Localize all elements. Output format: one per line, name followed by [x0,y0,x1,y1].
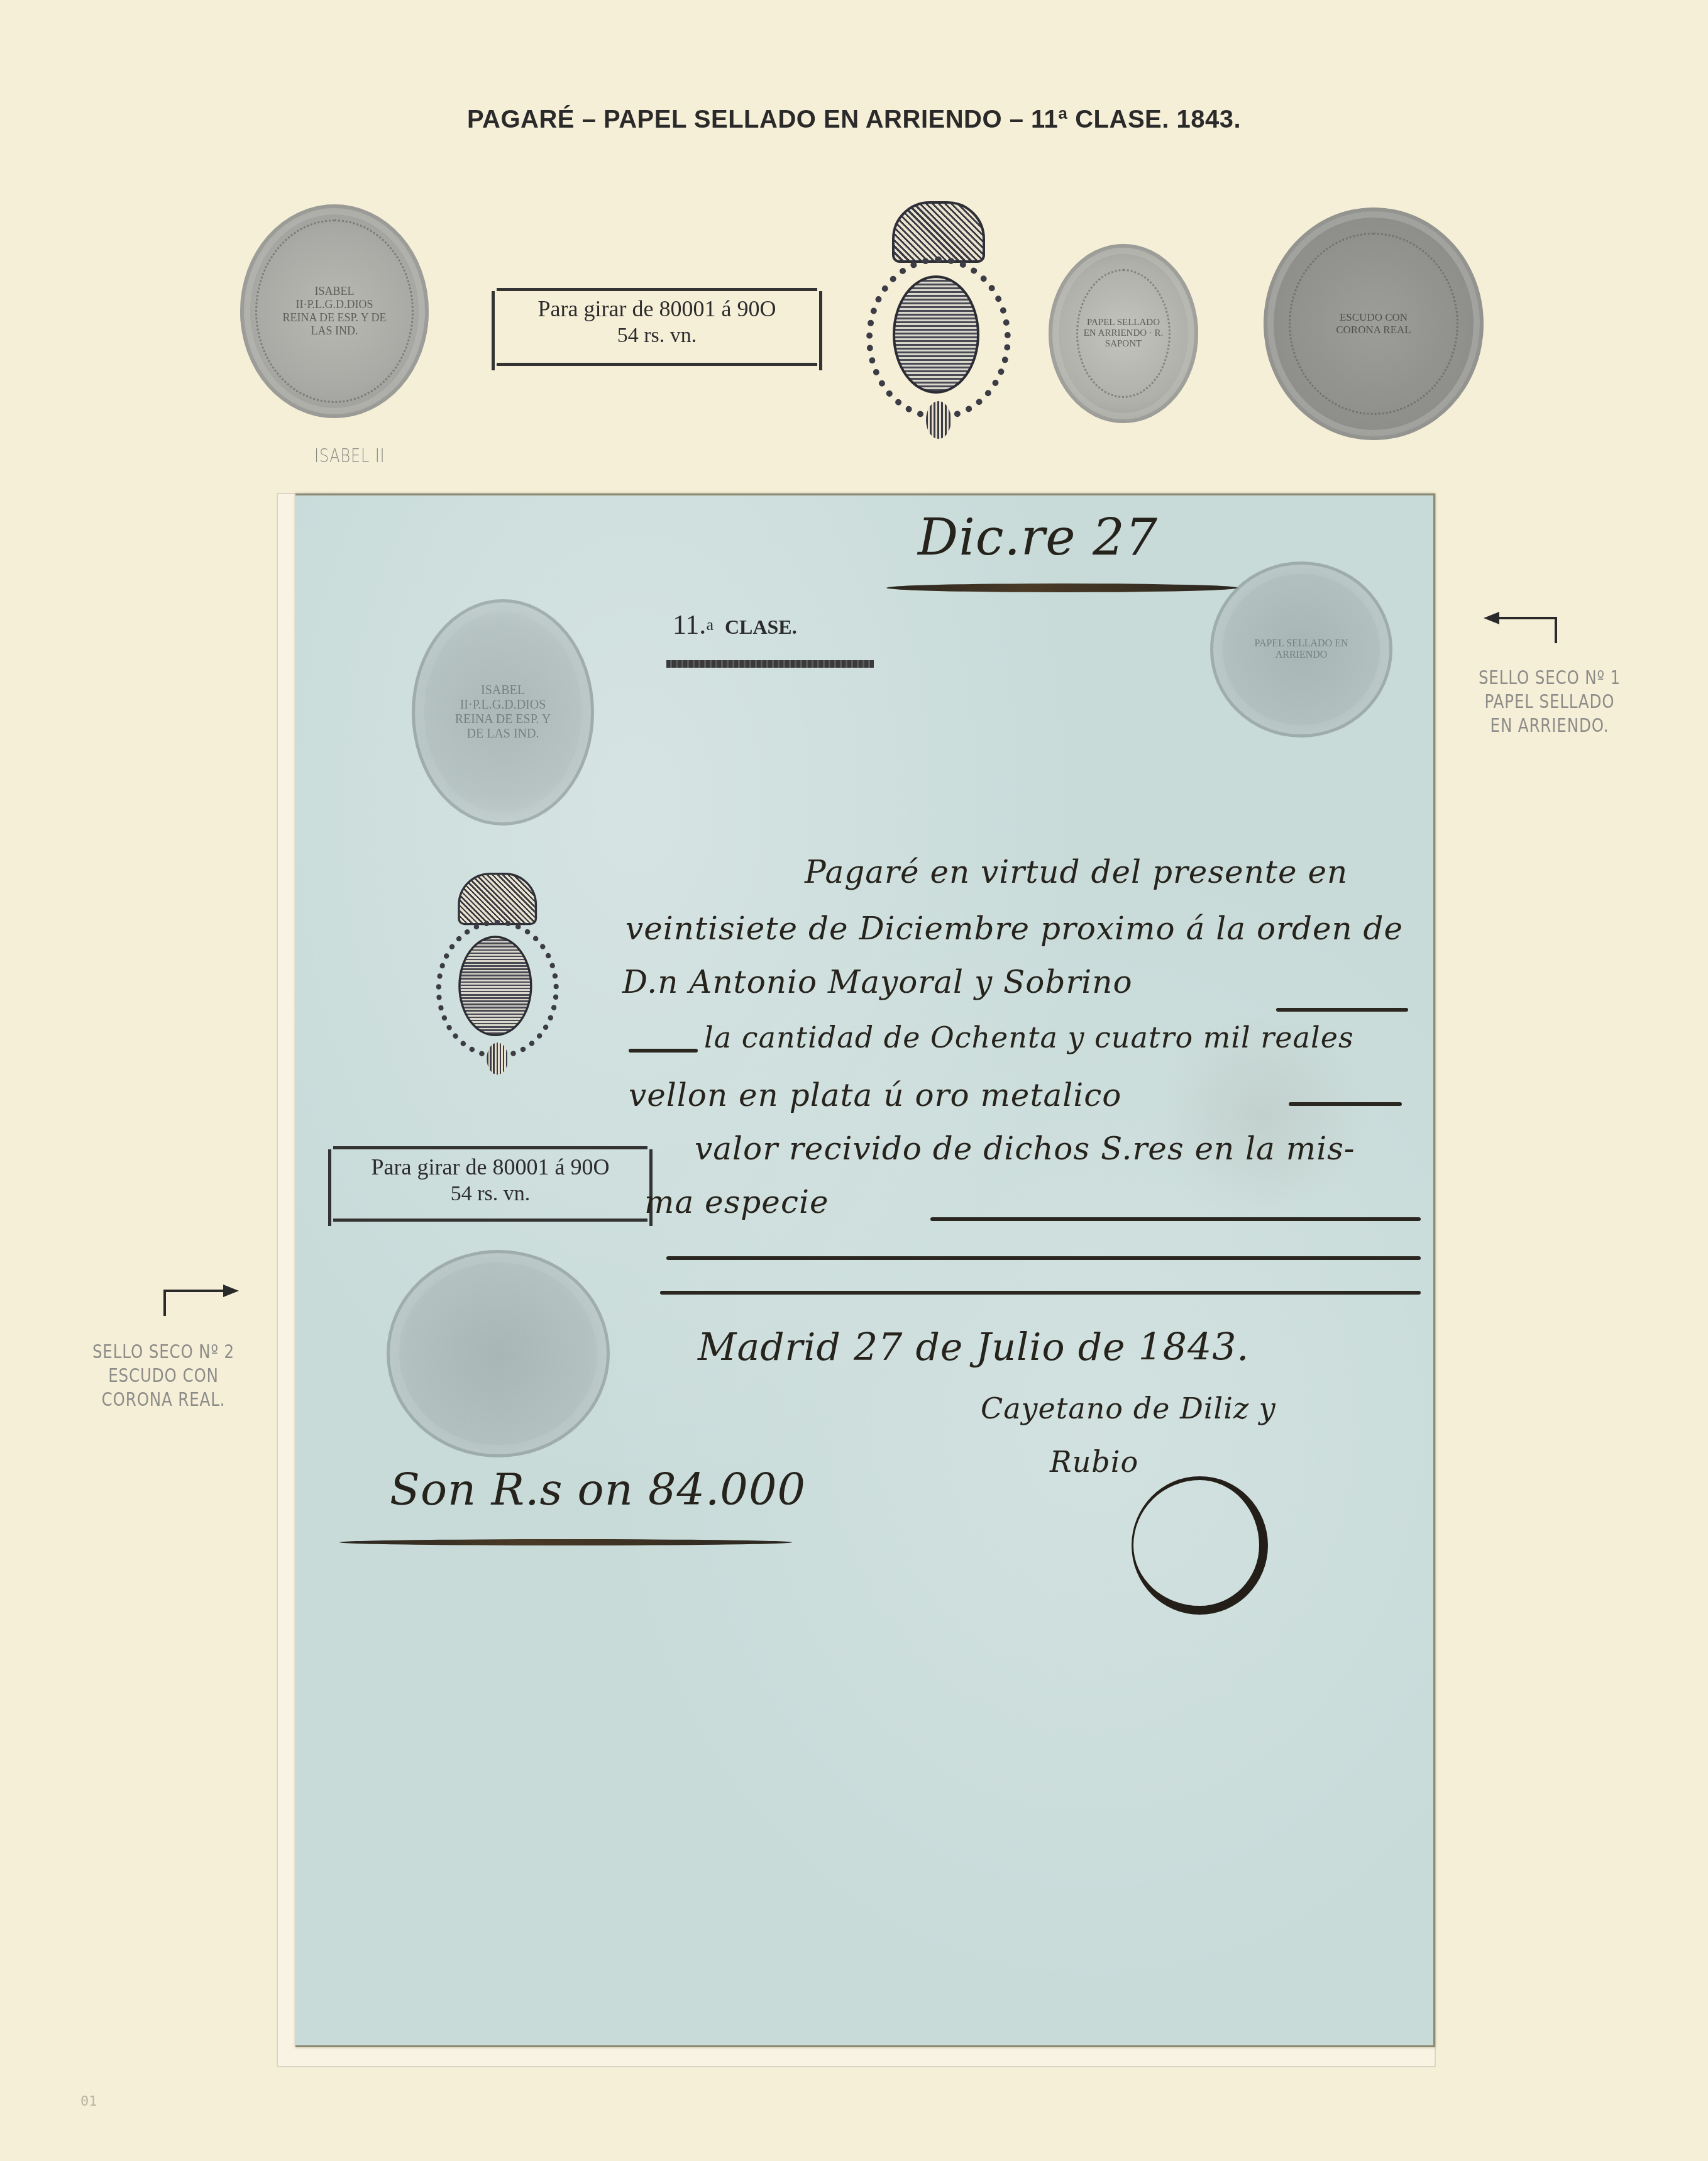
document-seal1-legend: PAPEL SELLADO EN ARRIENDO [1210,561,1392,738]
crown-icon [458,873,537,925]
fill-line [930,1217,1421,1221]
place-date: Madrid 27 de Julio de 1843. [698,1325,1249,1369]
shield-icon [458,936,532,1036]
annotation-seal-2-line-2: ESCUDO CON [89,1364,238,1388]
signature-line-2: Rubio [1050,1445,1138,1479]
due-date-header: Dic.re 27 [918,508,1158,567]
clase-sup: a [706,616,714,634]
seal2-legend: ESCUDO CON CORONA REAL [1264,207,1484,440]
coin-legend: ISABEL II·P.L.G.D.DIOS REINA DE ESP. Y D… [240,204,429,418]
seal1-legend: PAPEL SELLADO EN ARRIENDO · R. SAPONT [1049,244,1198,423]
signature-rubric [1132,1476,1268,1615]
stamp-box-document: Para girar de 80001 á 90O 54 rs. vn. [333,1146,647,1222]
clase-label: 11.aCLASE. [673,609,797,641]
stamp-box-top: Para girar de 80001 á 90O 54 rs. vn. [497,288,817,366]
arrow-right-icon [160,1279,242,1317]
annotation-seal-1-line-1: SELLO SECO Nº 1 [1475,666,1624,690]
fill-line [666,1256,1421,1260]
document-coin-legend: ISABEL II·P.L.G.D.DIOS REINA DE ESP. Y D… [412,599,594,826]
body-line-6: valor recivido de dichos S.res en la mis… [695,1130,1355,1167]
isabel-ii-coin-image: ISABEL II·P.L.G.D.DIOS REINA DE ESP. Y D… [240,204,429,418]
page-number: 01 [80,2094,97,2109]
amount-text: Son R.s on 84.000 [390,1464,806,1515]
body-line-2: veintisiete de Diciembre proximo á la or… [625,910,1403,947]
dry-seal-1-image: PAPEL SELLADO EN ARRIENDO · R. SAPONT [1049,244,1198,423]
annotation-seal-1: SELLO SECO Nº 1 PAPEL SELLADO EN ARRIEND… [1475,666,1624,738]
amount-underline-flourish [339,1539,792,1545]
dry-seal-1: PAPEL SELLADO EN ARRIENDO [1210,561,1392,738]
crown-icon [892,201,985,263]
body-line-7: ma especie [644,1184,829,1220]
document-escudo [431,873,565,1071]
fill-line [660,1291,1421,1295]
dry-seal-2-image: ESCUDO CON CORONA REAL [1264,207,1484,440]
isabel-ii-dry-seal: ISABEL II·P.L.G.D.DIOS REINA DE ESP. Y D… [412,599,594,826]
annotation-seal-2-line-1: SELLO SECO Nº 2 [89,1340,238,1364]
body-line-1: Pagaré en virtud del presente en [805,854,1348,890]
isabel-caption: ISABEL II [314,445,385,467]
fill-line [1289,1102,1402,1106]
stamp-line-1: Para girar de 80001 á 90O [497,295,817,323]
annotation-seal-2-line-3: CORONA REAL. [89,1388,238,1412]
pagare-document: Dic.re 27 11.aCLASE. ISABEL II·P.L.G.D.D… [295,494,1435,2047]
shield-icon [893,275,979,394]
pendant-ornament [926,401,951,439]
dry-seal-2 [387,1250,610,1457]
clase-number: 11. [673,609,706,640]
pendant-ornament [487,1042,508,1075]
arrow-left-icon [1480,607,1562,644]
page-title: PAGARÉ – PAPEL SELLADO EN ARRIENDO – 11ª… [0,106,1708,134]
fill-line [1276,1008,1408,1012]
stamp-line-2: 54 rs. vn. [497,323,817,349]
royal-escudo-image [860,201,1017,434]
annotation-seal-2: SELLO SECO Nº 2 ESCUDO CON CORONA REAL. [89,1340,238,1412]
body-line-5: vellon en plata ú oro metalico [629,1077,1121,1114]
document-stamp-line-1: Para girar de 80001 á 90O [333,1153,647,1181]
fill-line [629,1049,698,1053]
body-line-4: la cantidad de Ochenta y cuatro mil real… [704,1020,1354,1054]
annotation-seal-1-line-2: PAPEL SELLADO [1475,690,1624,714]
body-line-3: D.n Antonio Mayoral y Sobrino [622,964,1133,1000]
clase-rule [666,660,874,668]
signature-line-1: Cayetano de Diliz y [981,1391,1276,1425]
annotation-seal-1-line-3: EN ARRIENDO. [1475,714,1624,738]
document-stamp-line-2: 54 rs. vn. [333,1181,647,1207]
clase-word: CLASE. [725,616,797,638]
header-underline-flourish [886,583,1238,592]
